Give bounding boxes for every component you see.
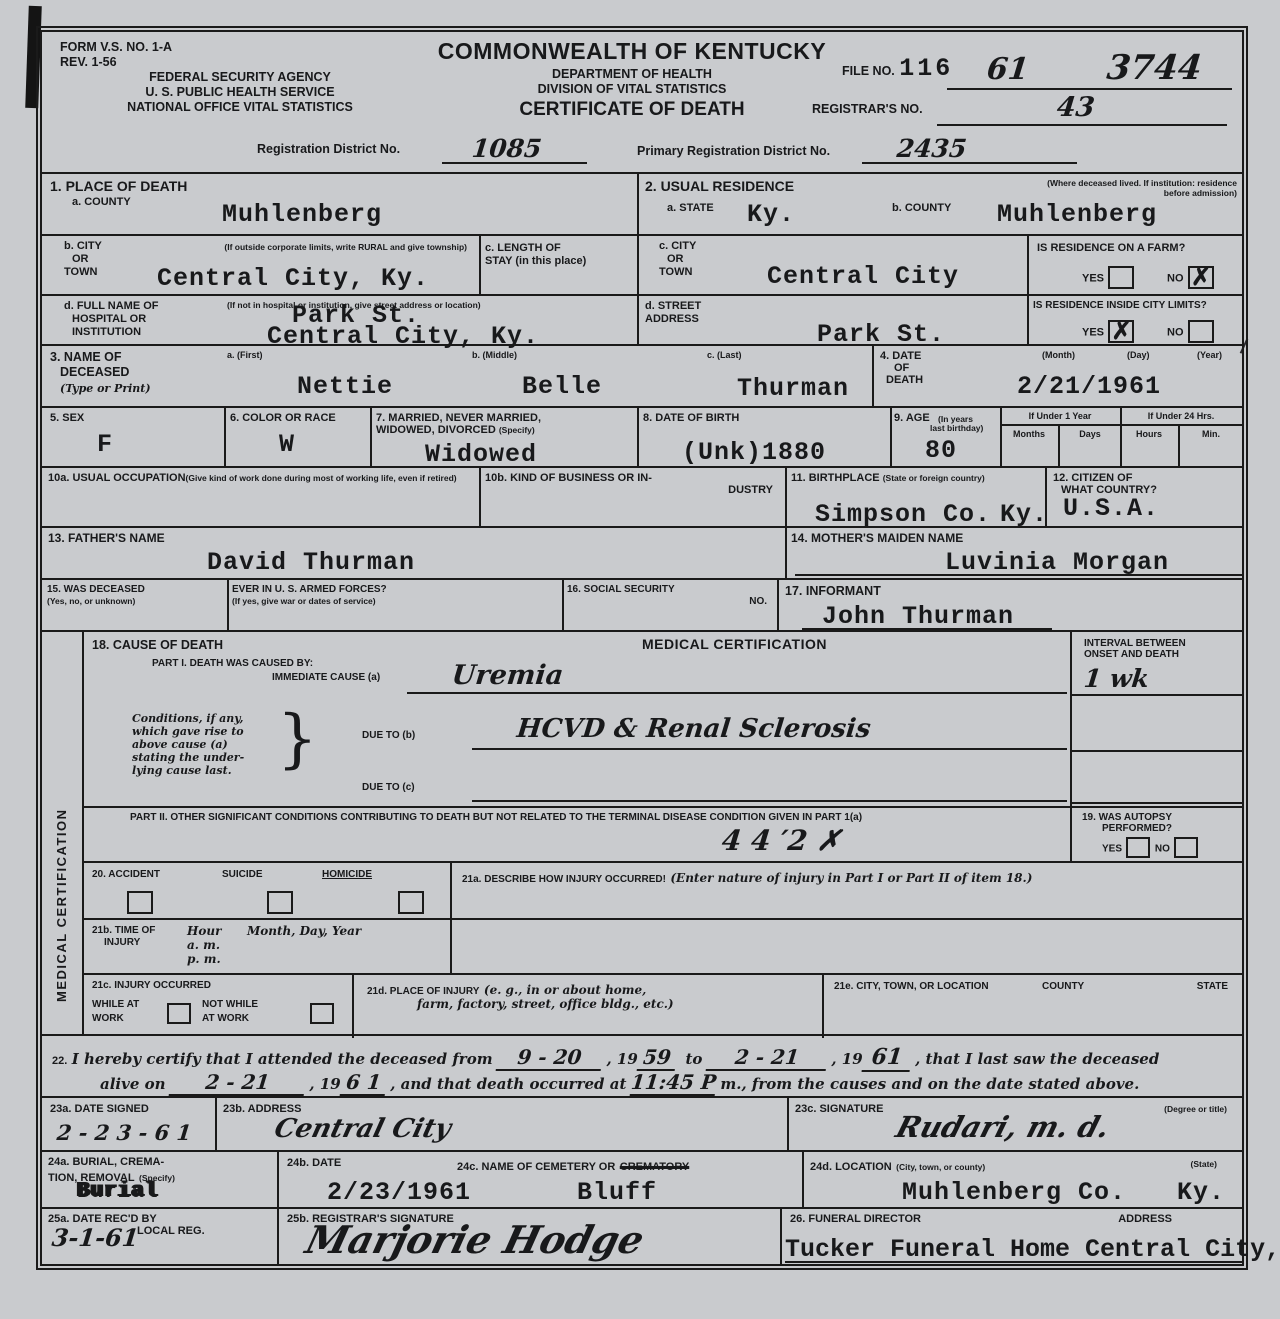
- certify-no: 22.: [52, 1055, 67, 1067]
- business-cell: 10b. KIND OF BUSINESS OR IN- DUSTRY: [479, 468, 787, 528]
- marital-label-2: WIDOWED, DIVORCED: [376, 424, 496, 436]
- residence-city-label-2: OR: [667, 253, 684, 266]
- informant-value: John Thurman: [822, 602, 1014, 631]
- farm-question: IS RESIDENCE ON A FARM?: [1037, 242, 1185, 255]
- dod-month-label: (Month): [1042, 350, 1075, 361]
- funeral-director-value: Tucker Funeral Home Central City, Ky.: [785, 1235, 1280, 1264]
- row-vitals: 5. SEX F 6. COLOR OR RACE W 7. MARRIED, …: [42, 406, 1242, 468]
- autopsy-no-label: NO: [1155, 844, 1170, 855]
- street-label-2: ADDRESS: [645, 313, 699, 326]
- form-number: FORM V.S. NO. 1-A: [60, 40, 420, 55]
- dod-value: 2/21/1961: [1017, 372, 1161, 401]
- farm-yes-checkbox: [1108, 266, 1134, 289]
- place-of-injury-note-2: farm, factory, street, office bldg., etc…: [417, 997, 674, 1011]
- file-number-block: FILE NO. 116 61 3744: [842, 54, 1232, 83]
- accident-section: 20. ACCIDENT SUICIDE HOMICIDE 21a. DESCR…: [82, 861, 1242, 920]
- business-label-1: 10b. KIND OF BUSINESS OR IN-: [485, 472, 652, 485]
- certify-line-2: alive on 2 - 21 , 196 1 , and that death…: [100, 1070, 1234, 1096]
- certify-v5: 2 - 21: [169, 1070, 307, 1096]
- city-label-3: TOWN: [64, 266, 97, 279]
- signature-value: Rudari, m. d.: [892, 1110, 1114, 1144]
- agency-line-1: FEDERAL SECURITY AGENCY: [60, 70, 420, 85]
- accident-label: 20. ACCIDENT: [92, 869, 160, 881]
- was-deceased-note: (Yes, no, or unknown): [47, 596, 135, 607]
- place-of-injury-note-1: (e. g., in or about home,: [484, 983, 646, 997]
- certify-t9: m., from the causes and on the date stat…: [720, 1075, 1139, 1093]
- death-certificate-scan: FORM V.S. NO. 1-A REV. 1-56 FEDERAL SECU…: [0, 0, 1280, 1319]
- residence-city-label-3: TOWN: [659, 266, 692, 279]
- not-while-label-2: AT WORK: [202, 1013, 249, 1025]
- autopsy-label-2: PERFORMED?: [1102, 823, 1172, 835]
- medical-certification-title: MEDICAL CERTIFICATION: [642, 636, 827, 652]
- birthplace-label: 11. BIRTHPLACE: [791, 472, 880, 484]
- injury-occurred-section: 21c. INJURY OCCURRED WHILE AT WORK NOT W…: [82, 973, 1242, 1038]
- suicide-checkbox: [267, 891, 293, 914]
- hours-label: Hours: [1120, 429, 1178, 440]
- conditions-line-3: above cause (a): [132, 738, 267, 751]
- certify-t3: to: [680, 1050, 702, 1068]
- age-cell: 9. AGE (In years last birthday) 80: [890, 408, 1002, 468]
- last-name-value: Thurman: [737, 374, 849, 403]
- time-of-injury-cell: 21b. TIME OF INJURY Hour a. m. p. m. Mon…: [82, 920, 452, 975]
- dod-label-3: DEATH: [886, 374, 923, 387]
- under-24-hrs-label: If Under 24 Hrs.: [1120, 411, 1242, 426]
- certify-v4: 61: [861, 1044, 912, 1072]
- street-label-1: d. STREET: [645, 300, 701, 313]
- city-label-2: OR: [72, 253, 89, 266]
- city-label-1: b. CITY: [64, 240, 102, 253]
- location-value-1: Muhlenberg Co.: [902, 1178, 1126, 1207]
- certify-t1: I hereby certify that I attended the dec…: [72, 1050, 493, 1068]
- under-24-hrs-cell: If Under 24 Hrs. Hours Min.: [1120, 408, 1242, 468]
- interval-label-2: ONSET AND DEATH: [1084, 649, 1179, 661]
- burial-label-1: 24a. BURIAL, CREMA-: [48, 1156, 164, 1169]
- under-1-year-label: If Under 1 Year: [1000, 411, 1120, 426]
- certify-v2: 59: [636, 1045, 677, 1071]
- hospital-cell: d. FULL NAME OF HOSPITAL OR INSTITUTION …: [42, 296, 639, 346]
- middle-name-label: b. (Middle): [472, 350, 517, 361]
- how-injury-note: (Enter nature of injury in Part I or Par…: [670, 871, 1032, 885]
- file-no-line: [947, 88, 1232, 90]
- informant-label: 17. INFORMANT: [785, 584, 881, 599]
- registrar-no-label: REGISTRAR'S NO.: [812, 102, 923, 116]
- address-cell: 23b. ADDRESS Central City: [215, 1098, 789, 1152]
- sex-value: F: [97, 430, 113, 459]
- birth-label: 8. DATE OF BIRTH: [643, 412, 739, 425]
- residence-city-value: Central City: [767, 262, 959, 291]
- city-note: (If outside corporate limits, write RURA…: [137, 242, 467, 253]
- row-burial: 24a. BURIAL, CREMA- TION, REMOVAL (Speci…: [42, 1150, 1242, 1209]
- not-while-label-1: NOT WHILE: [202, 999, 258, 1011]
- armed-forces-label: EVER IN U. S. ARMED FORCES?: [232, 584, 387, 596]
- injury-occurred-cell: 21c. INJURY OCCURRED WHILE AT WORK NOT W…: [82, 975, 354, 1038]
- length-of-stay-cell: c. LENGTH OF STAY (in this place): [479, 236, 639, 296]
- part2-value: 4 4 ′2 ✗: [720, 824, 842, 857]
- file-no-label: FILE NO.: [842, 64, 895, 78]
- time-injury-mdy: Month, Day, Year: [247, 924, 361, 938]
- certify-v1: 9 - 20: [496, 1045, 604, 1071]
- occupation-note: (Give kind of work done during most of w…: [186, 473, 457, 483]
- file-no-printed: 116: [899, 54, 953, 83]
- burial-date-cemetery-cell: 24b. DATE 24c. NAME OF CEMETERY OR CREMA…: [277, 1152, 804, 1209]
- certify-t7: , 19: [309, 1075, 340, 1093]
- residence-county-value: Muhlenberg: [997, 200, 1157, 229]
- file-no-hand-a: 61: [985, 52, 1030, 87]
- due-to-b-line: [472, 748, 1067, 750]
- interval-line: [1072, 694, 1242, 696]
- stay-label-1: c. LENGTH OF: [485, 242, 561, 255]
- race-cell: 6. COLOR OR RACE W: [224, 408, 372, 468]
- limits-yes-group: YES ✗: [1082, 320, 1134, 343]
- residence-county-label: b. COUNTY: [892, 202, 951, 215]
- mother-underline: [795, 574, 1242, 576]
- location-value-2: Ky.: [1177, 1178, 1225, 1207]
- county-label: a. COUNTY: [72, 196, 131, 209]
- while-at-work-checkbox: [167, 1003, 191, 1024]
- sex-label: 5. SEX: [50, 412, 84, 425]
- not-while-checkbox: [310, 1003, 334, 1024]
- certify-t6: alive on: [100, 1075, 166, 1093]
- hospital-note: (If not in hospital or institution, give…: [227, 300, 622, 311]
- burial-date-label: 24b. DATE: [287, 1157, 341, 1170]
- min-label: Min.: [1180, 429, 1242, 440]
- certify-v3: 2 - 21: [706, 1045, 829, 1071]
- primary-district-line: [862, 162, 1077, 164]
- birth-date-cell: 8. DATE OF BIRTH (Unk)1880: [637, 408, 892, 468]
- due-to-c-line: [472, 800, 1067, 802]
- limits-no-label: NO: [1167, 327, 1184, 339]
- autopsy-label-1: 19. WAS AUTOPSY: [1082, 812, 1172, 824]
- time-injury-label-2: INJURY: [104, 937, 140, 949]
- farm-no-group: NO ✗: [1167, 266, 1214, 289]
- time-injury-hour: Hour: [187, 924, 221, 938]
- limits-yes-checkbox: ✗: [1108, 320, 1134, 343]
- age-label: 9. AGE: [894, 412, 930, 425]
- address-value: Central City: [271, 1114, 454, 1144]
- usual-residence-title: 2. USUAL RESIDENCE: [645, 178, 794, 195]
- cemetery-value: Bluff: [577, 1178, 657, 1207]
- division-line: DIVISION OF VITAL STATISTICS: [432, 82, 832, 97]
- certify-v6: 6 1: [339, 1070, 387, 1096]
- cemetery-label: 24c. NAME OF CEMETERY OR: [457, 1161, 615, 1173]
- autopsy-yes-checkbox: [1126, 837, 1150, 858]
- primary-district-value: 2435: [895, 134, 968, 163]
- usual-residence-cell: 2. USUAL RESIDENCE (Where deceased lived…: [637, 174, 1242, 236]
- certify-t4: , 19: [831, 1050, 862, 1068]
- first-name-value: Nettie: [297, 372, 393, 401]
- certify-t2: , 19: [606, 1050, 637, 1068]
- business-label-2: DUSTRY: [479, 484, 773, 497]
- farm-no-label: NO: [1167, 273, 1184, 285]
- usual-residence-note2: before admission): [887, 188, 1237, 199]
- farm-no-checkbox: ✗: [1188, 266, 1214, 289]
- funeral-underline: [785, 1261, 1242, 1263]
- marital-note: (Specify): [499, 425, 535, 435]
- injury-city-label: 21e. CITY, TOWN, OR LOCATION: [834, 981, 989, 993]
- dod-year-label: (Year): [1197, 350, 1222, 361]
- father-cell: 13. FATHER'S NAME David Thurman: [42, 528, 787, 580]
- immediate-cause-label: IMMEDIATE CAUSE (a): [272, 672, 380, 684]
- burial-type-cell: 24a. BURIAL, CREMA- TION, REMOVAL (Speci…: [42, 1152, 279, 1209]
- conditions-line-2: which gave rise to: [132, 725, 267, 738]
- certify-t8: , and that death occurred at: [390, 1075, 626, 1093]
- months-label: Months: [1000, 429, 1058, 440]
- registration-district-block: Registration District No. 1085 Primary R…: [257, 140, 1237, 158]
- dod-label-2: OF: [894, 362, 909, 375]
- autopsy-yes-group: YES NO: [1102, 837, 1198, 858]
- location-state-note: (State): [1191, 1159, 1217, 1170]
- certify-t5: , that I last saw the deceased: [915, 1050, 1159, 1068]
- time-of-injury-section: 21b. TIME OF INJURY Hour a. m. p. m. Mon…: [82, 918, 1242, 975]
- accident-cell: 20. ACCIDENT SUICIDE HOMICIDE: [82, 863, 452, 920]
- reg-district-label: Registration District No.: [257, 142, 400, 156]
- conditions-line-4: stating the under-: [132, 751, 267, 764]
- city-value: Central City, Ky.: [157, 264, 429, 293]
- limits-yes-mark: ✗: [1111, 316, 1131, 345]
- medical-side-label: MEDICAL CERTIFICATION: [54, 662, 69, 1002]
- medical-certification-block: MEDICAL CERTIFICATION 18. CAUSE OF DEATH…: [42, 630, 1242, 1036]
- city-limits-cell: IS RESIDENCE INSIDE CITY LIMITS? YES ✗ N…: [1027, 296, 1242, 346]
- race-value: W: [279, 430, 295, 459]
- cause-of-death-label: 18. CAUSE OF DEATH: [92, 638, 223, 653]
- deceased-title-3: (Type or Print): [60, 382, 151, 395]
- row-occupation: 10a. USUAL OCCUPATION(Give kind of work …: [42, 466, 1242, 528]
- department-line: DEPARTMENT OF HEALTH: [432, 67, 832, 82]
- certificate-border: FORM V.S. NO. 1-A REV. 1-56 FEDERAL SECU…: [36, 26, 1248, 1270]
- age-note-2: last birthday): [930, 423, 983, 434]
- birth-value: (Unk)1880: [682, 438, 826, 467]
- citizen-label-1: 12. CITIZEN OF: [1053, 472, 1132, 485]
- residence-city-cell: c. CITY OR TOWN Central City: [637, 236, 1029, 296]
- homicide-label: HOMICIDE: [322, 869, 372, 881]
- was-deceased-cell: 15. WAS DECEASED (Yes, no, or unknown): [42, 580, 229, 632]
- burial-value: Burial: [77, 1180, 159, 1203]
- funeral-director-label: 26. FUNERAL DIRECTOR: [790, 1213, 921, 1226]
- cause-main: 18. CAUSE OF DEATH MEDICAL CERTIFICATION…: [82, 632, 1070, 704]
- first-name-label: a. (First): [227, 350, 263, 361]
- informant-cell: 17. INFORMANT John Thurman: [777, 580, 1242, 632]
- due-to-b-section: Conditions, if any, which gave rise to a…: [82, 704, 1242, 764]
- dod-label-1: 4. DATE: [880, 350, 921, 363]
- ssn-label-1: 16. SOCIAL SECURITY: [567, 584, 675, 596]
- injury-state-label: STATE: [1197, 981, 1228, 993]
- farm-yes-group: YES: [1082, 266, 1134, 289]
- location-note: (City, town, or county): [896, 1162, 985, 1172]
- due-to-b-label: DUE TO (b): [362, 730, 415, 742]
- registrar-no-value: 43: [1055, 92, 1096, 123]
- interval-label-1: INTERVAL BETWEEN: [1084, 638, 1186, 650]
- row-name: 3. NAME OF DECEASED (Type or Print) a. (…: [42, 344, 1242, 408]
- funeral-director-cell: 26. FUNERAL DIRECTOR ADDRESS Tucker Fune…: [780, 1209, 1242, 1266]
- mother-cell: 14. MOTHER'S MAIDEN NAME Luvinia Morgan: [785, 528, 1242, 580]
- mother-value: Luvinia Morgan: [945, 548, 1169, 577]
- interval-column-c: [1070, 764, 1242, 806]
- autopsy-no-checkbox: [1174, 837, 1198, 858]
- last-name-label: c. (Last): [707, 350, 742, 361]
- occupation-cell: 10a. USUAL OCCUPATION(Give kind of work …: [42, 468, 481, 528]
- state-label: a. STATE: [667, 202, 714, 215]
- interval-column-b: [1070, 704, 1242, 764]
- while-at-work-label-1: WHILE AT: [92, 999, 139, 1011]
- city-or-town-cell: b. CITY OR TOWN (If outside corporate li…: [42, 236, 481, 296]
- due-to-b-value: HCVD & Renal Sclerosis: [515, 714, 872, 744]
- row-registrar: 25a. DATE REC'D BY LOCAL REG. 3-1-61 25b…: [42, 1207, 1242, 1266]
- hospital-label-1: d. FULL NAME OF: [64, 300, 159, 313]
- injury-location-cell: 21e. CITY, TOWN, OR LOCATION COUNTY STAT…: [822, 975, 1242, 1038]
- ssn-cell: 16. SOCIAL SECURITY NO.: [562, 580, 779, 632]
- part2-section: PART II. OTHER SIGNIFICANT CONDITIONS CO…: [82, 806, 1242, 863]
- injury-occurred-label: 21c. INJURY OCCURRED: [92, 980, 211, 992]
- place-of-death-cell: 1. PLACE OF DEATH a. COUNTY Muhlenberg: [42, 174, 639, 236]
- birthplace-cell: 11. BIRTHPLACE (State or foreign country…: [785, 468, 1047, 528]
- age-value: 80: [925, 436, 957, 465]
- time-injury-label-1: 21b. TIME OF: [92, 925, 155, 937]
- cemetery-label-struck: CREMATORY: [620, 1161, 689, 1173]
- date-of-death-cell: 4. DATE OF DEATH (Month) (Day) (Year) 2/…: [872, 346, 1242, 408]
- header-agency-block: FORM V.S. NO. 1-A REV. 1-56 FEDERAL SECU…: [60, 40, 420, 115]
- state-value: Ky.: [747, 200, 795, 229]
- ssn-label-2: NO.: [562, 596, 767, 608]
- row-city: b. CITY OR TOWN (If outside corporate li…: [42, 234, 1242, 296]
- part1-label: PART I. DEATH WAS CAUSED BY:: [152, 658, 313, 670]
- middle-name-value: Belle: [522, 372, 602, 401]
- limits-yes-label: YES: [1082, 327, 1104, 339]
- citizen-cell: 12. CITIZEN OF WHAT COUNTRY? U.S.A.: [1045, 468, 1242, 528]
- location-label: 24d. LOCATION: [810, 1161, 892, 1173]
- deceased-title-2: DECEASED: [60, 365, 129, 380]
- suicide-label: SUICIDE: [222, 869, 263, 881]
- degree-note: (Degree or title): [1164, 1104, 1227, 1115]
- certificate-body: FORM V.S. NO. 1-A REV. 1-56 FEDERAL SECU…: [40, 30, 1244, 1266]
- armed-forces-note: (If yes, give war or dates of service): [232, 596, 376, 607]
- homicide-checkbox: [398, 891, 424, 914]
- certify-line-1: 22. I hereby certify that I attended the…: [52, 1044, 1234, 1072]
- registrar-signature-cell: 25b. REGISTRAR'S SIGNATURE Marjorie Hodg…: [277, 1209, 782, 1266]
- marital-cell: 7. MARRIED, NEVER MARRIED, WIDOWED, DIVO…: [370, 408, 639, 468]
- father-value: David Thurman: [207, 548, 415, 577]
- registrar-signature-value: Marjorie Hodge: [301, 1217, 648, 1262]
- commonwealth-title: COMMONWEALTH OF KENTUCKY: [432, 38, 832, 65]
- row-service: 15. WAS DECEASED (Yes, no, or unknown) E…: [42, 578, 1242, 632]
- time-injury-pm: p. m.: [187, 952, 221, 966]
- how-injury-cell: 21a. DESCRIBE HOW INJURY OCCURRED! (Ente…: [450, 863, 1242, 920]
- name-of-deceased-cell: 3. NAME OF DECEASED (Type or Print) a. (…: [42, 346, 874, 408]
- place-of-injury-cell: 21d. PLACE OF INJURY (e. g., in or about…: [352, 975, 824, 1038]
- file-no-hand-b: 3744: [1105, 48, 1204, 88]
- race-label: 6. COLOR OR RACE: [230, 412, 336, 425]
- date-signed-label: 23a. DATE SIGNED: [50, 1103, 149, 1116]
- funeral-address-label: ADDRESS: [1118, 1213, 1172, 1226]
- date-signed-cell: 23a. DATE SIGNED 2 - 2 3 - 6 1: [42, 1098, 217, 1152]
- stay-label-2: STAY (in this place): [485, 255, 586, 268]
- birthplace-value-2: Ky.: [1000, 500, 1048, 529]
- due-to-c-section: DUE TO (c): [82, 764, 1242, 806]
- row-parents: 13. FATHER'S NAME David Thurman 14. MOTH…: [42, 526, 1242, 580]
- burial-location-cell: 24d. LOCATION (City, town, or county) (S…: [802, 1152, 1242, 1209]
- certify-v7: 11:45 P: [629, 1070, 717, 1096]
- armed-forces-cell: EVER IN U. S. ARMED FORCES? (If yes, giv…: [227, 580, 564, 632]
- under-1-year-cell: If Under 1 Year Months Days: [1000, 408, 1122, 468]
- hospital-label-2: HOSPITAL OR: [72, 313, 146, 326]
- citizen-value: U.S.A.: [1063, 494, 1159, 523]
- interval-value: 1 wk: [1082, 664, 1150, 693]
- place-of-injury-label: 21d. PLACE OF INJURY: [367, 986, 479, 997]
- limits-no-group: NO: [1167, 320, 1214, 343]
- place-of-death-title: 1. PLACE OF DEATH: [50, 178, 187, 195]
- signature-label: 23c. SIGNATURE: [795, 1103, 883, 1116]
- how-injury-label: 21a. DESCRIBE HOW INJURY OCCURRED!: [462, 874, 666, 885]
- time-injury-am: a. m.: [187, 938, 220, 952]
- farm-yes-label: YES: [1082, 273, 1104, 285]
- mother-label: 14. MOTHER'S MAIDEN NAME: [791, 532, 963, 546]
- row-signature: 23a. DATE SIGNED 2 - 2 3 - 6 1 23b. ADDR…: [42, 1096, 1242, 1152]
- reg-district-value: 1085: [470, 134, 543, 163]
- hospital-label-3: INSTITUTION: [72, 326, 141, 339]
- marital-label-1: 7. MARRIED, NEVER MARRIED,: [376, 412, 541, 425]
- agency-line-3: NATIONAL OFFICE VITAL STATISTICS: [60, 100, 420, 115]
- autopsy-cell: 19. WAS AUTOPSY PERFORMED? YES NO: [1070, 808, 1242, 863]
- accident-checkbox: [127, 891, 153, 914]
- sex-cell: 5. SEX F: [42, 408, 226, 468]
- date-signed-value: 2 - 2 3 - 6 1: [56, 1120, 193, 1145]
- autopsy-yes-label: YES: [1102, 844, 1122, 855]
- days-label: Days: [1060, 429, 1120, 440]
- primary-district-label: Primary Registration District No.: [637, 144, 830, 159]
- injury-county-label: COUNTY: [1042, 981, 1084, 993]
- farm-no-mark: ✗: [1191, 262, 1211, 291]
- row-certify: 22. I hereby certify that I attended the…: [42, 1034, 1242, 1098]
- father-label: 13. FATHER'S NAME: [48, 532, 165, 546]
- registrar-no-line: [937, 124, 1227, 126]
- due-to-c-label: DUE TO (c): [362, 782, 415, 794]
- birthplace-note: (State or foreign country): [883, 473, 985, 483]
- row-place-residence: 1. PLACE OF DEATH a. COUNTY Muhlenberg 2…: [42, 172, 1242, 236]
- dod-day-label: (Day): [1127, 350, 1150, 361]
- while-at-work-label-2: WORK: [92, 1013, 124, 1025]
- birthplace-value-1: Simpson Co.: [815, 500, 991, 529]
- county-value: Muhlenberg: [222, 200, 382, 229]
- signature-cell: 23c. SIGNATURE (Degree or title) Rudari,…: [787, 1098, 1242, 1152]
- occupation-label: 10a. USUAL OCCUPATION: [48, 472, 186, 484]
- residence-city-label-1: c. CITY: [659, 240, 696, 253]
- date-received-value: 3-1-61: [50, 1223, 140, 1252]
- form-revision: REV. 1-56: [60, 55, 420, 70]
- agency-line-2: U. S. PUBLIC HEALTH SERVICE: [60, 85, 420, 100]
- limits-no-checkbox: [1188, 320, 1214, 343]
- deceased-title-1: 3. NAME OF: [50, 350, 122, 365]
- was-deceased-label: 15. WAS DECEASED: [47, 584, 145, 596]
- header-title-block: COMMONWEALTH OF KENTUCKY DEPARTMENT OF H…: [432, 38, 832, 121]
- certificate-title: CERTIFICATE OF DEATH: [432, 99, 832, 121]
- date-received-cell: 25a. DATE REC'D BY LOCAL REG. 3-1-61: [42, 1209, 279, 1266]
- immediate-cause-line: [407, 692, 1067, 694]
- conditions-line-1: Conditions, if any,: [132, 712, 267, 725]
- cause-of-death-section: 18. CAUSE OF DEATH MEDICAL CERTIFICATION…: [82, 632, 1242, 704]
- part2-label: PART II. OTHER SIGNIFICANT CONDITIONS CO…: [130, 812, 1065, 824]
- immediate-cause-value: Uremia: [450, 660, 565, 691]
- row-hospital: d. FULL NAME OF HOSPITAL OR INSTITUTION …: [42, 294, 1242, 346]
- limits-question: IS RESIDENCE INSIDE CITY LIMITS?: [1033, 300, 1207, 312]
- registrar-number-block: REGISTRAR'S NO. 43: [812, 100, 1232, 118]
- medical-side-strip: MEDICAL CERTIFICATION: [42, 632, 84, 1036]
- street-address-cell: d. STREET ADDRESS Park St.: [637, 296, 1029, 346]
- interval-column: INTERVAL BETWEEN ONSET AND DEATH 1 wk: [1070, 632, 1242, 704]
- burial-date-value: 2/23/1961: [327, 1178, 471, 1207]
- marital-value: Widowed: [425, 440, 537, 469]
- date-received-label-2: LOCAL REG.: [137, 1225, 205, 1238]
- farm-question-cell: IS RESIDENCE ON A FARM? YES NO ✗: [1027, 236, 1242, 296]
